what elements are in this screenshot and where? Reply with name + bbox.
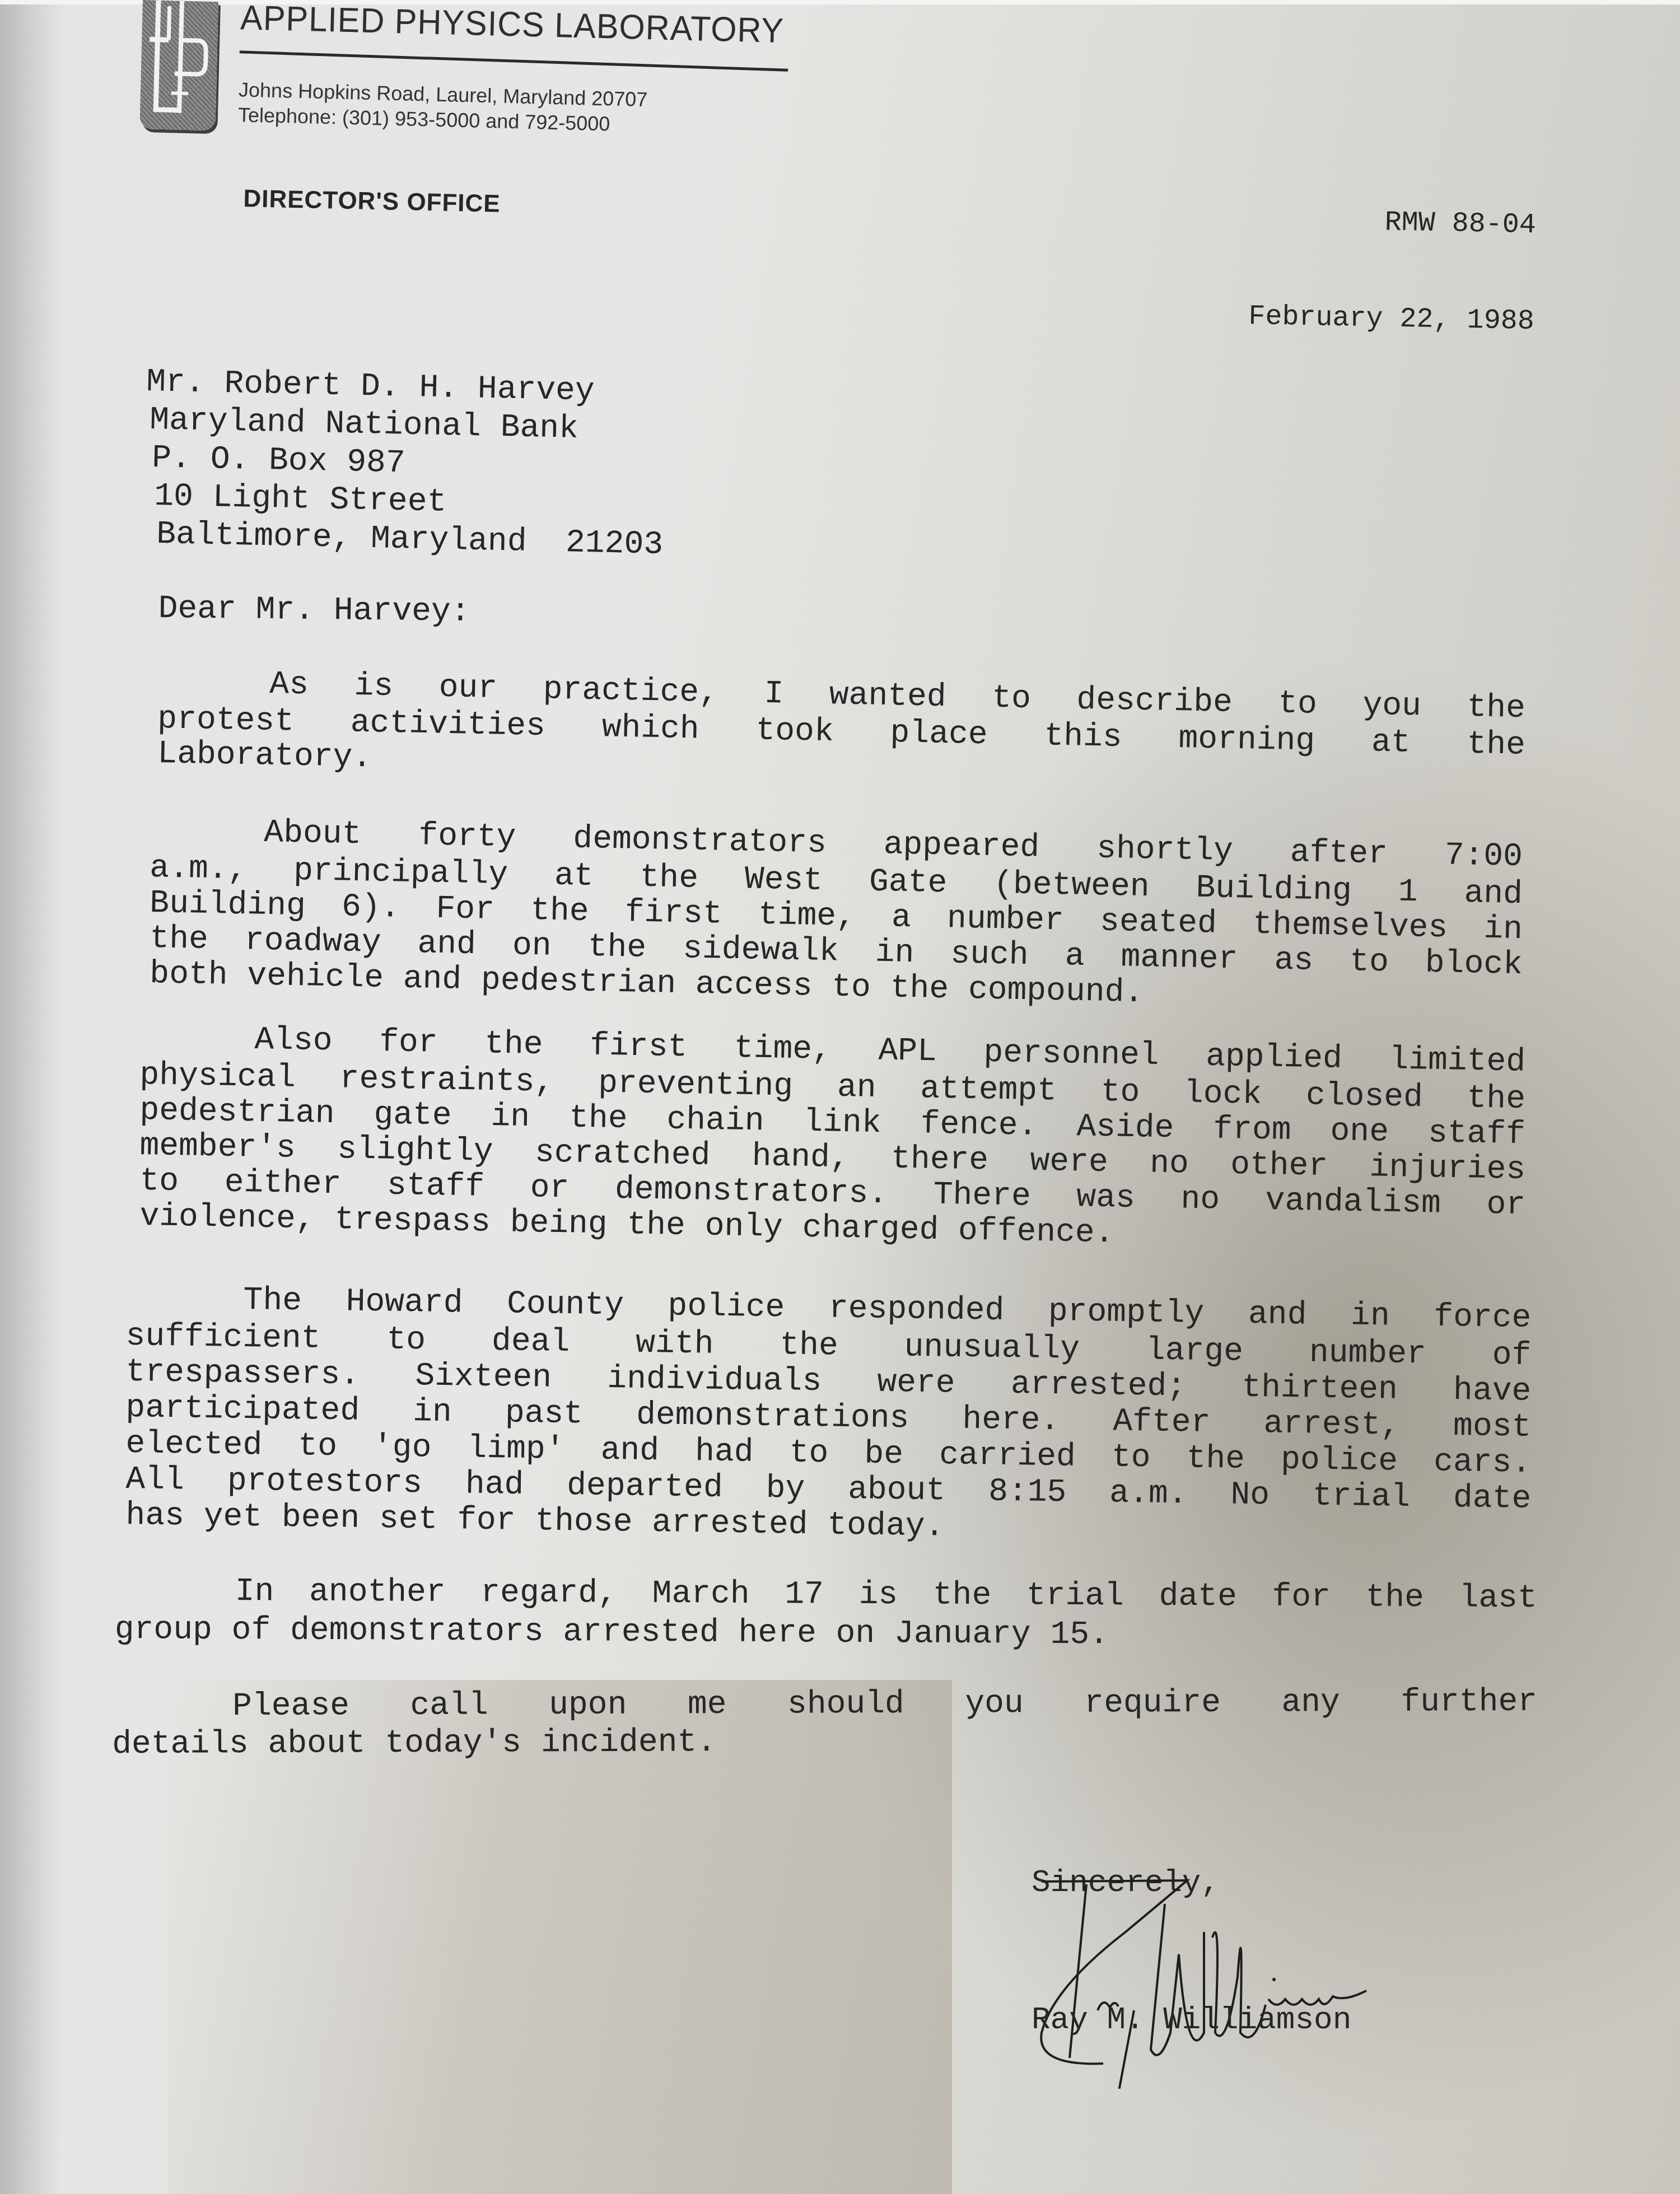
word: Building (150, 885, 306, 925)
word: roadway (244, 922, 381, 961)
word: Building (1196, 870, 1352, 909)
word: scratched (535, 1135, 711, 1174)
word: to (992, 680, 1032, 717)
word: no (1180, 1181, 1220, 1218)
word: in (413, 1394, 452, 1431)
word: seated (1100, 904, 1217, 942)
word: past (505, 1395, 583, 1432)
word: were (877, 1365, 955, 1402)
word: pedestrian (139, 1093, 335, 1132)
word: a (1065, 938, 1085, 975)
word: either (224, 1165, 342, 1203)
word: in (1483, 911, 1523, 948)
word: Howard (346, 1284, 463, 1322)
word: any (1281, 1684, 1340, 1721)
word: shortly (1096, 831, 1234, 870)
word: sidewalk (683, 931, 839, 970)
word: another (309, 1574, 446, 1611)
word: forty (418, 818, 516, 856)
word: to (1100, 1074, 1140, 1111)
word: the (150, 921, 209, 958)
word: deal (492, 1323, 570, 1361)
word: demonstrators (573, 821, 827, 862)
salutation: Dear Mr. Harvey: (158, 591, 470, 631)
word: gate (374, 1096, 452, 1134)
word: promptly (1048, 1294, 1204, 1332)
word: and (1464, 875, 1523, 913)
word: is (354, 668, 394, 705)
word: have (1453, 1373, 1532, 1410)
word: protest (157, 701, 295, 740)
word: a.m. (1109, 1476, 1188, 1513)
word: call (410, 1687, 488, 1724)
word: had (695, 1434, 754, 1471)
word: fence. (920, 1106, 1038, 1145)
recipient-line: Maryland National Bank (150, 402, 579, 447)
word: for (379, 1024, 438, 1062)
word: Gate (869, 864, 947, 902)
word: The (243, 1282, 302, 1319)
paragraph-line: details about today's incident. (112, 1724, 716, 1763)
word: 6). (341, 889, 400, 927)
word: closed (1305, 1077, 1423, 1116)
word: arrest, (1263, 1406, 1401, 1444)
word: in (875, 935, 914, 972)
word: themselves (1252, 907, 1448, 947)
word: date (1453, 1480, 1532, 1518)
word: 7:00 (1444, 837, 1523, 875)
word: force (1434, 1299, 1532, 1337)
word: regard, (480, 1575, 617, 1612)
word: after (1290, 834, 1388, 872)
word: an (837, 1070, 876, 1107)
word: the (587, 929, 647, 967)
word: upon (549, 1687, 627, 1724)
word: the (933, 1577, 992, 1614)
word: time, (734, 1030, 832, 1068)
word: police (668, 1289, 785, 1327)
word: had (465, 1466, 524, 1503)
word: is (858, 1577, 898, 1613)
word: arrested; (1010, 1366, 1186, 1405)
word: slightly (337, 1131, 494, 1170)
word: wanted (829, 677, 946, 716)
word: you (1362, 687, 1422, 725)
word: the (1467, 1080, 1526, 1118)
word: of (1492, 1337, 1532, 1374)
word: describe (1076, 682, 1233, 721)
word: Aside (1076, 1109, 1174, 1147)
word: most (1453, 1408, 1532, 1446)
word: There (933, 1177, 1031, 1215)
word: sufficient (125, 1318, 321, 1357)
word: vandalism (1265, 1183, 1441, 1222)
word: first (590, 1028, 688, 1066)
word: at (1371, 725, 1411, 762)
word: was (1076, 1179, 1136, 1217)
word: took (755, 713, 834, 751)
word: Also (254, 1022, 333, 1059)
word: to (386, 1322, 426, 1359)
word: activities (350, 705, 545, 745)
word: here. (962, 1402, 1060, 1439)
word: a (892, 899, 912, 936)
word: the (780, 1327, 838, 1364)
paragraph-line: Pleasecalluponmeshouldyourequireanyfurth… (232, 1684, 1537, 1725)
word: 17 (785, 1576, 824, 1613)
recipient-line: Baltimore, Maryland 21203 (156, 516, 664, 563)
word: unusually (904, 1329, 1080, 1367)
word: there (891, 1141, 989, 1179)
word: date (1159, 1579, 1237, 1616)
word: injuries (1369, 1149, 1526, 1188)
word: with (636, 1325, 714, 1363)
word: further (1401, 1684, 1537, 1721)
word: block (1425, 945, 1523, 983)
word: our (438, 670, 498, 707)
word: from (1213, 1111, 1291, 1149)
word: at (554, 858, 594, 895)
word: in (491, 1099, 530, 1136)
word: me (688, 1687, 727, 1723)
word: 'go (373, 1429, 432, 1466)
word: In (235, 1574, 274, 1610)
word: which (601, 709, 699, 748)
word: trial (1313, 1478, 1411, 1516)
word: should (787, 1686, 904, 1723)
word: cars. (1434, 1444, 1532, 1482)
recipient-line: 10 Light Street (154, 478, 447, 521)
word: such (950, 936, 1029, 974)
word: large (1145, 1332, 1243, 1370)
word: West (744, 861, 823, 899)
word: For (436, 891, 495, 928)
word: March (652, 1576, 749, 1613)
word: by (766, 1471, 805, 1507)
word: thirteen (1242, 1370, 1398, 1408)
word: Please (232, 1688, 349, 1725)
word: to (1111, 1440, 1151, 1477)
word: about (848, 1472, 946, 1509)
word: trial (1026, 1577, 1124, 1614)
paragraph-line: group of demonstrators arrested here on … (115, 1612, 1109, 1653)
word: this (1044, 718, 1122, 756)
word: 1 (1398, 874, 1418, 911)
word: lock (1183, 1076, 1262, 1113)
word: All (125, 1462, 184, 1499)
word: County (507, 1286, 624, 1324)
word: Sixteen (415, 1358, 552, 1396)
word: as (1274, 942, 1314, 979)
word: attempt (920, 1071, 1057, 1109)
word: a.m., (150, 850, 248, 888)
word: chain (666, 1101, 764, 1140)
word: other (1230, 1147, 1328, 1185)
word: I (764, 676, 784, 713)
word: restraints, (339, 1061, 554, 1101)
word: one (1330, 1113, 1389, 1151)
word: to (789, 1435, 829, 1472)
word: limp' (467, 1431, 565, 1468)
word: limited (1389, 1042, 1526, 1080)
word: staff (1427, 1115, 1525, 1153)
word: hand, (752, 1138, 850, 1177)
word: or (1486, 1187, 1526, 1224)
word: staff (387, 1168, 485, 1206)
word: No (1230, 1477, 1270, 1514)
word: the (484, 1026, 544, 1063)
word: you (965, 1686, 1024, 1722)
word: on (512, 927, 552, 964)
word: appeared (883, 827, 1040, 866)
word: to (139, 1163, 179, 1200)
word: the (569, 1100, 628, 1137)
word: 8:15 (988, 1474, 1067, 1511)
word: link (803, 1104, 881, 1142)
word: to (1350, 944, 1389, 981)
word: be (864, 1436, 904, 1473)
word: place (890, 715, 988, 753)
word: applied (1206, 1039, 1343, 1077)
word: participated (125, 1390, 360, 1430)
word: About (264, 815, 362, 853)
word: elected (125, 1426, 263, 1464)
word: principally (293, 853, 508, 893)
word: require (1084, 1685, 1221, 1722)
word: the (1467, 689, 1526, 727)
word: last (1459, 1580, 1537, 1617)
word: personnel (983, 1035, 1159, 1074)
word: or (530, 1170, 570, 1207)
word: preventing (598, 1065, 794, 1105)
word: were (1030, 1143, 1108, 1181)
signer-name: Ray M. Williamson (1032, 2002, 1351, 2038)
word: the (640, 860, 699, 897)
word: After (1113, 1404, 1211, 1441)
word: the (1467, 726, 1526, 764)
word: and (1248, 1296, 1307, 1333)
word: individuals (607, 1361, 822, 1400)
word: practice, (543, 671, 718, 711)
word: manner (1121, 939, 1238, 978)
word: first (624, 894, 722, 932)
word: trespassers. (125, 1354, 360, 1394)
word: demonstrations (636, 1397, 909, 1437)
word: no (1150, 1145, 1189, 1182)
recipient-line: P. O. Box 987 (152, 440, 406, 482)
word: to (298, 1428, 338, 1465)
word: As (269, 666, 309, 703)
word: protestors (227, 1463, 422, 1502)
word: in (1351, 1298, 1390, 1335)
word: and (417, 926, 477, 963)
word: the (530, 893, 590, 930)
word: the (1365, 1580, 1424, 1617)
word: APL (878, 1033, 937, 1070)
word: for (1272, 1579, 1331, 1616)
word: physical (139, 1057, 296, 1096)
word: police (1281, 1442, 1398, 1480)
word: to (1278, 686, 1318, 723)
word: time, (758, 897, 856, 935)
paragraph-line: Laboratory. (157, 736, 372, 776)
word: member's (139, 1128, 296, 1167)
word: responded (829, 1291, 1005, 1329)
paragraph-line: Inanotherregard,March17isthetrialdatefor… (235, 1574, 1537, 1617)
word: carried (939, 1437, 1076, 1475)
word: (between (993, 866, 1150, 905)
word: number (947, 900, 1065, 939)
word: demonstrators. (614, 1171, 888, 1212)
handwritten-signature-icon (1019, 1865, 1467, 2089)
word: departed (567, 1468, 723, 1506)
word: the (1186, 1440, 1245, 1477)
word: and (600, 1432, 659, 1469)
word: number (1309, 1335, 1426, 1373)
word: morning (1178, 721, 1315, 760)
